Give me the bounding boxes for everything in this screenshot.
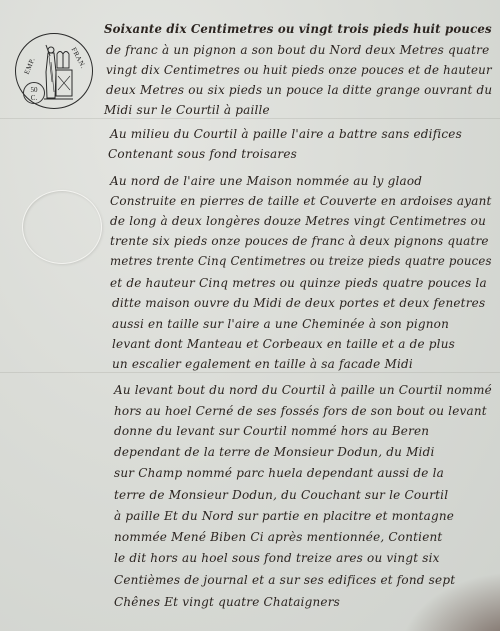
text-line: Centièmes de journal et a sur ses edific… bbox=[114, 573, 455, 587]
text-line: de franc à un pignon a son bout du Nord … bbox=[106, 43, 489, 57]
tax-stamp: EMP. FRAN. 50 C. bbox=[15, 33, 93, 109]
text-line: Au nord de l'aire une Maison nommée au l… bbox=[110, 174, 422, 188]
text-line: et de hauteur Cinq metres ou quinze pied… bbox=[110, 276, 487, 290]
text-line: Contenant sous fond troisares bbox=[108, 147, 297, 161]
text-line: metres trente Cinq Centimetres ou treize… bbox=[110, 254, 492, 268]
stamp-value-unit: C. bbox=[31, 94, 37, 102]
text-line: de long à deux longères douze Metres vin… bbox=[110, 214, 486, 228]
text-line: un escalier egalement en taille à sa fac… bbox=[112, 357, 413, 371]
text-line: ditte maison ouvre du Midi de deux porte… bbox=[112, 296, 485, 310]
text-line: donne du levant sur Courtil nommé hors a… bbox=[114, 424, 429, 438]
paper-crease bbox=[0, 118, 500, 119]
paper-crease bbox=[0, 372, 500, 373]
text-line: sur Champ nommé parc huela dependant aus… bbox=[114, 466, 444, 480]
text-line: Midi sur le Courtil à paille bbox=[104, 103, 270, 117]
text-line: hors au hoel Cerné de ses fossés fors de… bbox=[114, 404, 487, 418]
embossed-seal bbox=[22, 190, 102, 264]
stamp-left-text: EMP. bbox=[23, 56, 37, 75]
text-line: Construite en pierres de taille et Couve… bbox=[110, 194, 492, 208]
text-line: le dit hors au hoel sous fond treize are… bbox=[114, 551, 440, 565]
manuscript-page: EMP. FRAN. 50 C. Soixante dix Centimetre… bbox=[0, 0, 500, 631]
text-line: Au levant bout du nord du Courtil à pail… bbox=[114, 383, 492, 397]
text-line: Soixante dix Centimetres ou vingt trois … bbox=[104, 22, 492, 36]
stamp-value: 50 C. bbox=[23, 82, 45, 104]
text-line: levant dont Manteau et Corbeaux en taill… bbox=[112, 337, 455, 351]
allegorical-figure-icon bbox=[42, 42, 74, 102]
text-line: nommée Mené Biben Ci après mentionnée, C… bbox=[114, 530, 442, 544]
text-line: aussi en taille sur l'aire a une Cheminé… bbox=[112, 317, 449, 331]
text-line: Au milieu du Courtil à paille l'aire a b… bbox=[110, 127, 462, 141]
text-line: trente six pieds onze pouces de franc à … bbox=[110, 234, 489, 248]
text-line: terre de Monsieur Dodun, du Couchant sur… bbox=[114, 488, 448, 502]
text-line: Chênes Et vingt quatre Chataigners bbox=[114, 595, 340, 609]
text-line: à paille Et du Nord sur partie en placit… bbox=[114, 509, 454, 523]
stamp-value-number: 50 bbox=[31, 86, 38, 94]
text-line: deux Metres ou six pieds un pouce la dit… bbox=[106, 83, 492, 97]
text-line: vingt dix Centimetres ou huit pieds onze… bbox=[106, 63, 492, 77]
text-line: dependant de la terre de Monsieur Dodun,… bbox=[114, 445, 435, 459]
